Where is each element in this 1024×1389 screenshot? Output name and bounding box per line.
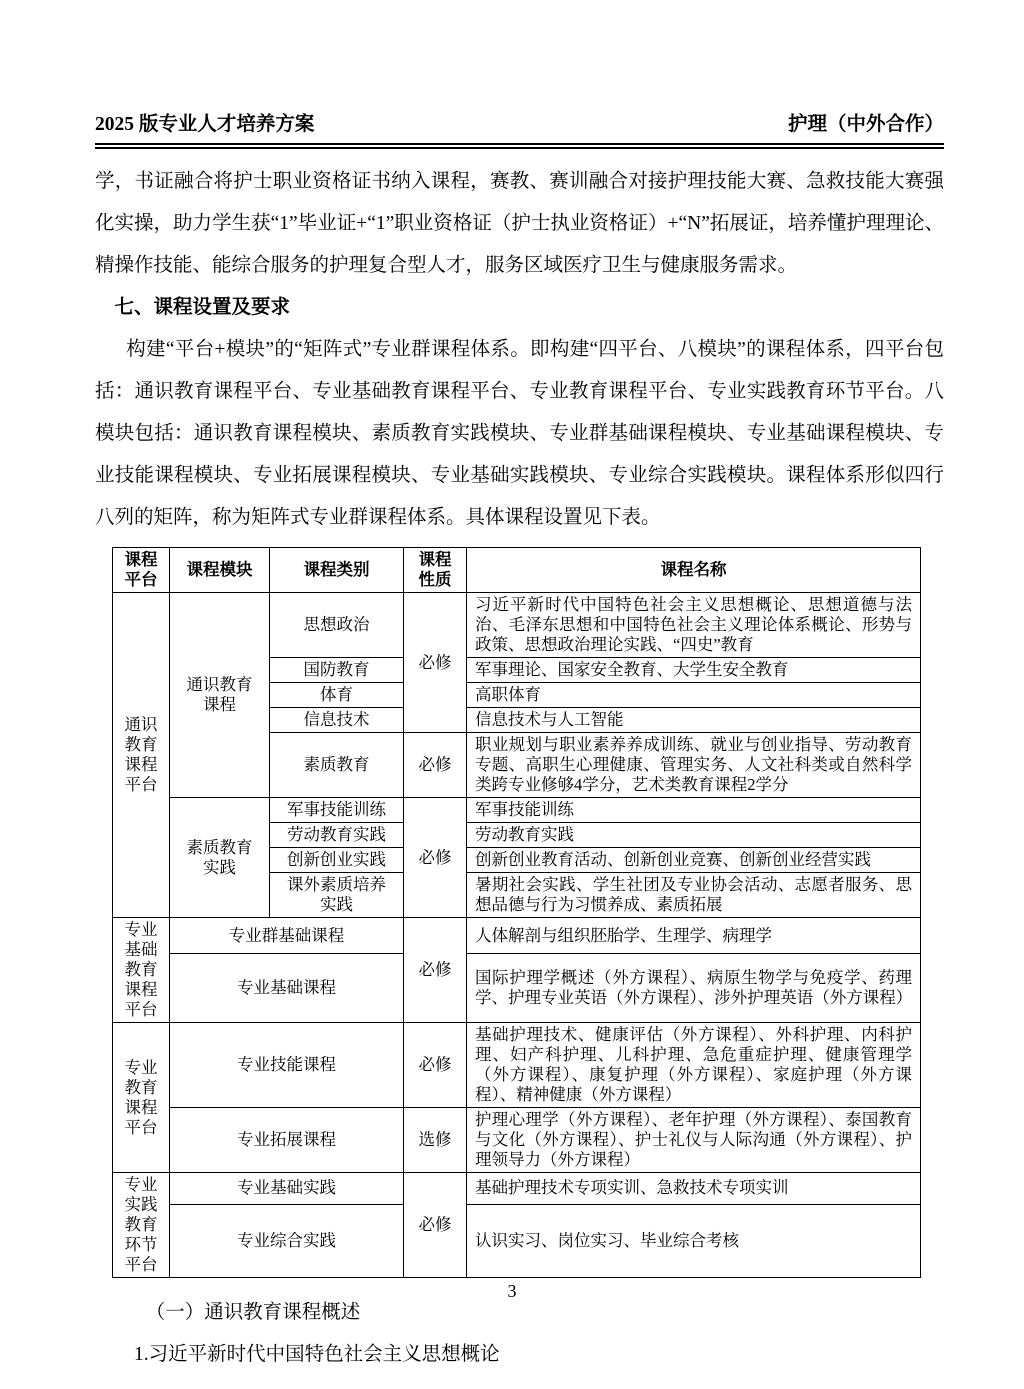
category-cell: 国防教育 [270, 658, 404, 683]
category-cell: 专业拓展课程 [170, 1108, 404, 1173]
courses-cell: 暑期社会实践、学生社团及专业协会活动、志愿者服务、思想品德与行为习惯养成、素质拓… [467, 873, 921, 918]
document-header: 2025 版专业人才培养方案 护理（中外合作） [95, 112, 944, 138]
category-cell: 专业群基础课程 [170, 918, 404, 954]
category-cell: 专业综合实践 [170, 1204, 404, 1277]
courses-cell: 基础护理技术、健康评估（外方课程）、外科护理、内科护理、妇产科护理、儿科护理、急… [467, 1023, 921, 1108]
platform-cell-professional-education: 专业 教育 课程 平台 [113, 1023, 170, 1173]
module-cell-general-courses: 通识教育 课程 [170, 593, 270, 798]
category-cell: 素质教育 [270, 733, 404, 798]
nature-cell: 必修 [404, 1173, 467, 1278]
nature-cell: 必修 [404, 1023, 467, 1108]
header-double-rule [95, 143, 944, 149]
platform-cell-professional-basic-education: 专业 基础 教育 课程 平台 [113, 918, 170, 1023]
nature-cell: 必修 [404, 593, 467, 733]
nature-cell: 必修 [404, 918, 467, 1023]
category-cell: 专业基础实践 [170, 1173, 404, 1205]
col-header-platform: 课程 平台 [113, 548, 170, 593]
courses-cell: 职业规划与职业素养养成训练、就业与创业指导、劳动教育专题、高职生心理健康、管理实… [467, 733, 921, 798]
courses-cell: 军事理论、国家安全教育、大学生安全教育 [467, 658, 921, 683]
courses-cell: 习近平新时代中国特色社会主义思想概论、思想道德与法治、毛泽东思想和中国特色社会主… [467, 593, 921, 658]
category-cell: 体育 [270, 683, 404, 708]
table-row: 专业 实践 教育 环节 平台 专业基础实践 必修 基础护理技术专项实训、急救技术… [113, 1173, 921, 1205]
table-row: 专业综合实践 认识实习、岗位实习、毕业综合考核 [113, 1204, 921, 1277]
table-row: 专业 教育 课程 平台 专业技能课程 必修 基础护理技术、健康评估（外方课程）、… [113, 1023, 921, 1108]
platform-cell-professional-practice: 专业 实践 教育 环节 平台 [113, 1173, 170, 1278]
courses-cell: 军事技能训练 [467, 798, 921, 823]
document-page: 2025 版专业人才培养方案 护理（中外合作） 学，书证融合将护士职业资格证书纳… [0, 0, 1024, 1389]
col-header-course-names: 课程名称 [467, 548, 921, 593]
nature-cell: 必修 [404, 733, 467, 798]
table-row: 专业基础课程 国际护理学概述（外方课程）、病原生物学与免疫学、药理学、护理专业英… [113, 954, 921, 1023]
category-cell: 思想政治 [270, 593, 404, 658]
category-cell: 专业技能课程 [170, 1023, 404, 1108]
section-heading: 七、课程设置及要求 [95, 287, 944, 329]
page-number: 3 [0, 1280, 1024, 1302]
courses-cell: 护理心理学（外方课程）、老年护理（外方课程）、泰国教育与文化（外方课程）、护士礼… [467, 1108, 921, 1173]
category-cell: 创新创业实践 [270, 848, 404, 873]
courses-cell: 信息技术与人工智能 [467, 708, 921, 733]
nature-cell: 选修 [404, 1108, 467, 1173]
col-header-category: 课程类别 [270, 548, 404, 593]
table-row: 通识 教育 课程 平台 通识教育 课程 思想政治 必修 习近平新时代中国特色社会… [113, 593, 921, 658]
platform-cell-general-education: 通识 教育 课程 平台 [113, 593, 170, 918]
courses-cell: 高职体育 [467, 683, 921, 708]
header-right-title: 护理（中外合作） [788, 112, 944, 138]
paragraph-overview: 构建“平台+模块”的“矩阵式”专业群课程体系。即构建“四平台、八模块”的课程体系… [95, 329, 944, 539]
col-header-module: 课程模块 [170, 548, 270, 593]
courses-cell: 创新创业教育活动、创新创业竞赛、创新创业经营实践 [467, 848, 921, 873]
courses-cell: 国际护理学概述（外方课程）、病原生物学与免疫学、药理学、护理专业英语（外方课程）… [467, 954, 921, 1023]
courses-cell: 基础护理技术专项实训、急救技术专项实训 [467, 1173, 921, 1205]
courses-cell: 认识实习、岗位实习、毕业综合考核 [467, 1204, 921, 1277]
category-cell: 信息技术 [270, 708, 404, 733]
col-header-nature: 课程 性质 [404, 548, 467, 593]
nature-cell: 必修 [404, 798, 467, 918]
table-row: 专业拓展课程 选修 护理心理学（外方课程）、老年护理（外方课程）、泰国教育与文化… [113, 1108, 921, 1173]
courses-cell: 劳动教育实践 [467, 823, 921, 848]
item-heading: 1.习近平新时代中国特色社会主义思想概论 [95, 1334, 944, 1376]
category-cell: 军事技能训练 [270, 798, 404, 823]
table-header-row: 课程 平台 课程模块 课程类别 课程 性质 课程名称 [113, 548, 921, 593]
table-row: 素质教育 实践 军事技能训练 必修 军事技能训练 [113, 798, 921, 823]
module-cell-quality-practice: 素质教育 实践 [170, 798, 270, 918]
curriculum-table: 课程 平台 课程模块 课程类别 课程 性质 课程名称 通识 教育 课程 平台 通… [112, 547, 921, 1278]
category-cell: 专业基础课程 [170, 954, 404, 1023]
header-left-title: 2025 版专业人才培养方案 [95, 112, 314, 138]
category-cell: 劳动教育实践 [270, 823, 404, 848]
table-row: 专业 基础 教育 课程 平台 专业群基础课程 必修 人体解剖与组织胚胎学、生理学… [113, 918, 921, 954]
paragraph-continuation: 学，书证融合将护士职业资格证书纳入课程，赛教、赛训融合对接护理技能大赛、急救技能… [95, 161, 944, 287]
category-cell: 课外素质培养 实践 [270, 873, 404, 918]
courses-cell: 人体解剖与组织胚胎学、生理学、病理学 [467, 918, 921, 954]
